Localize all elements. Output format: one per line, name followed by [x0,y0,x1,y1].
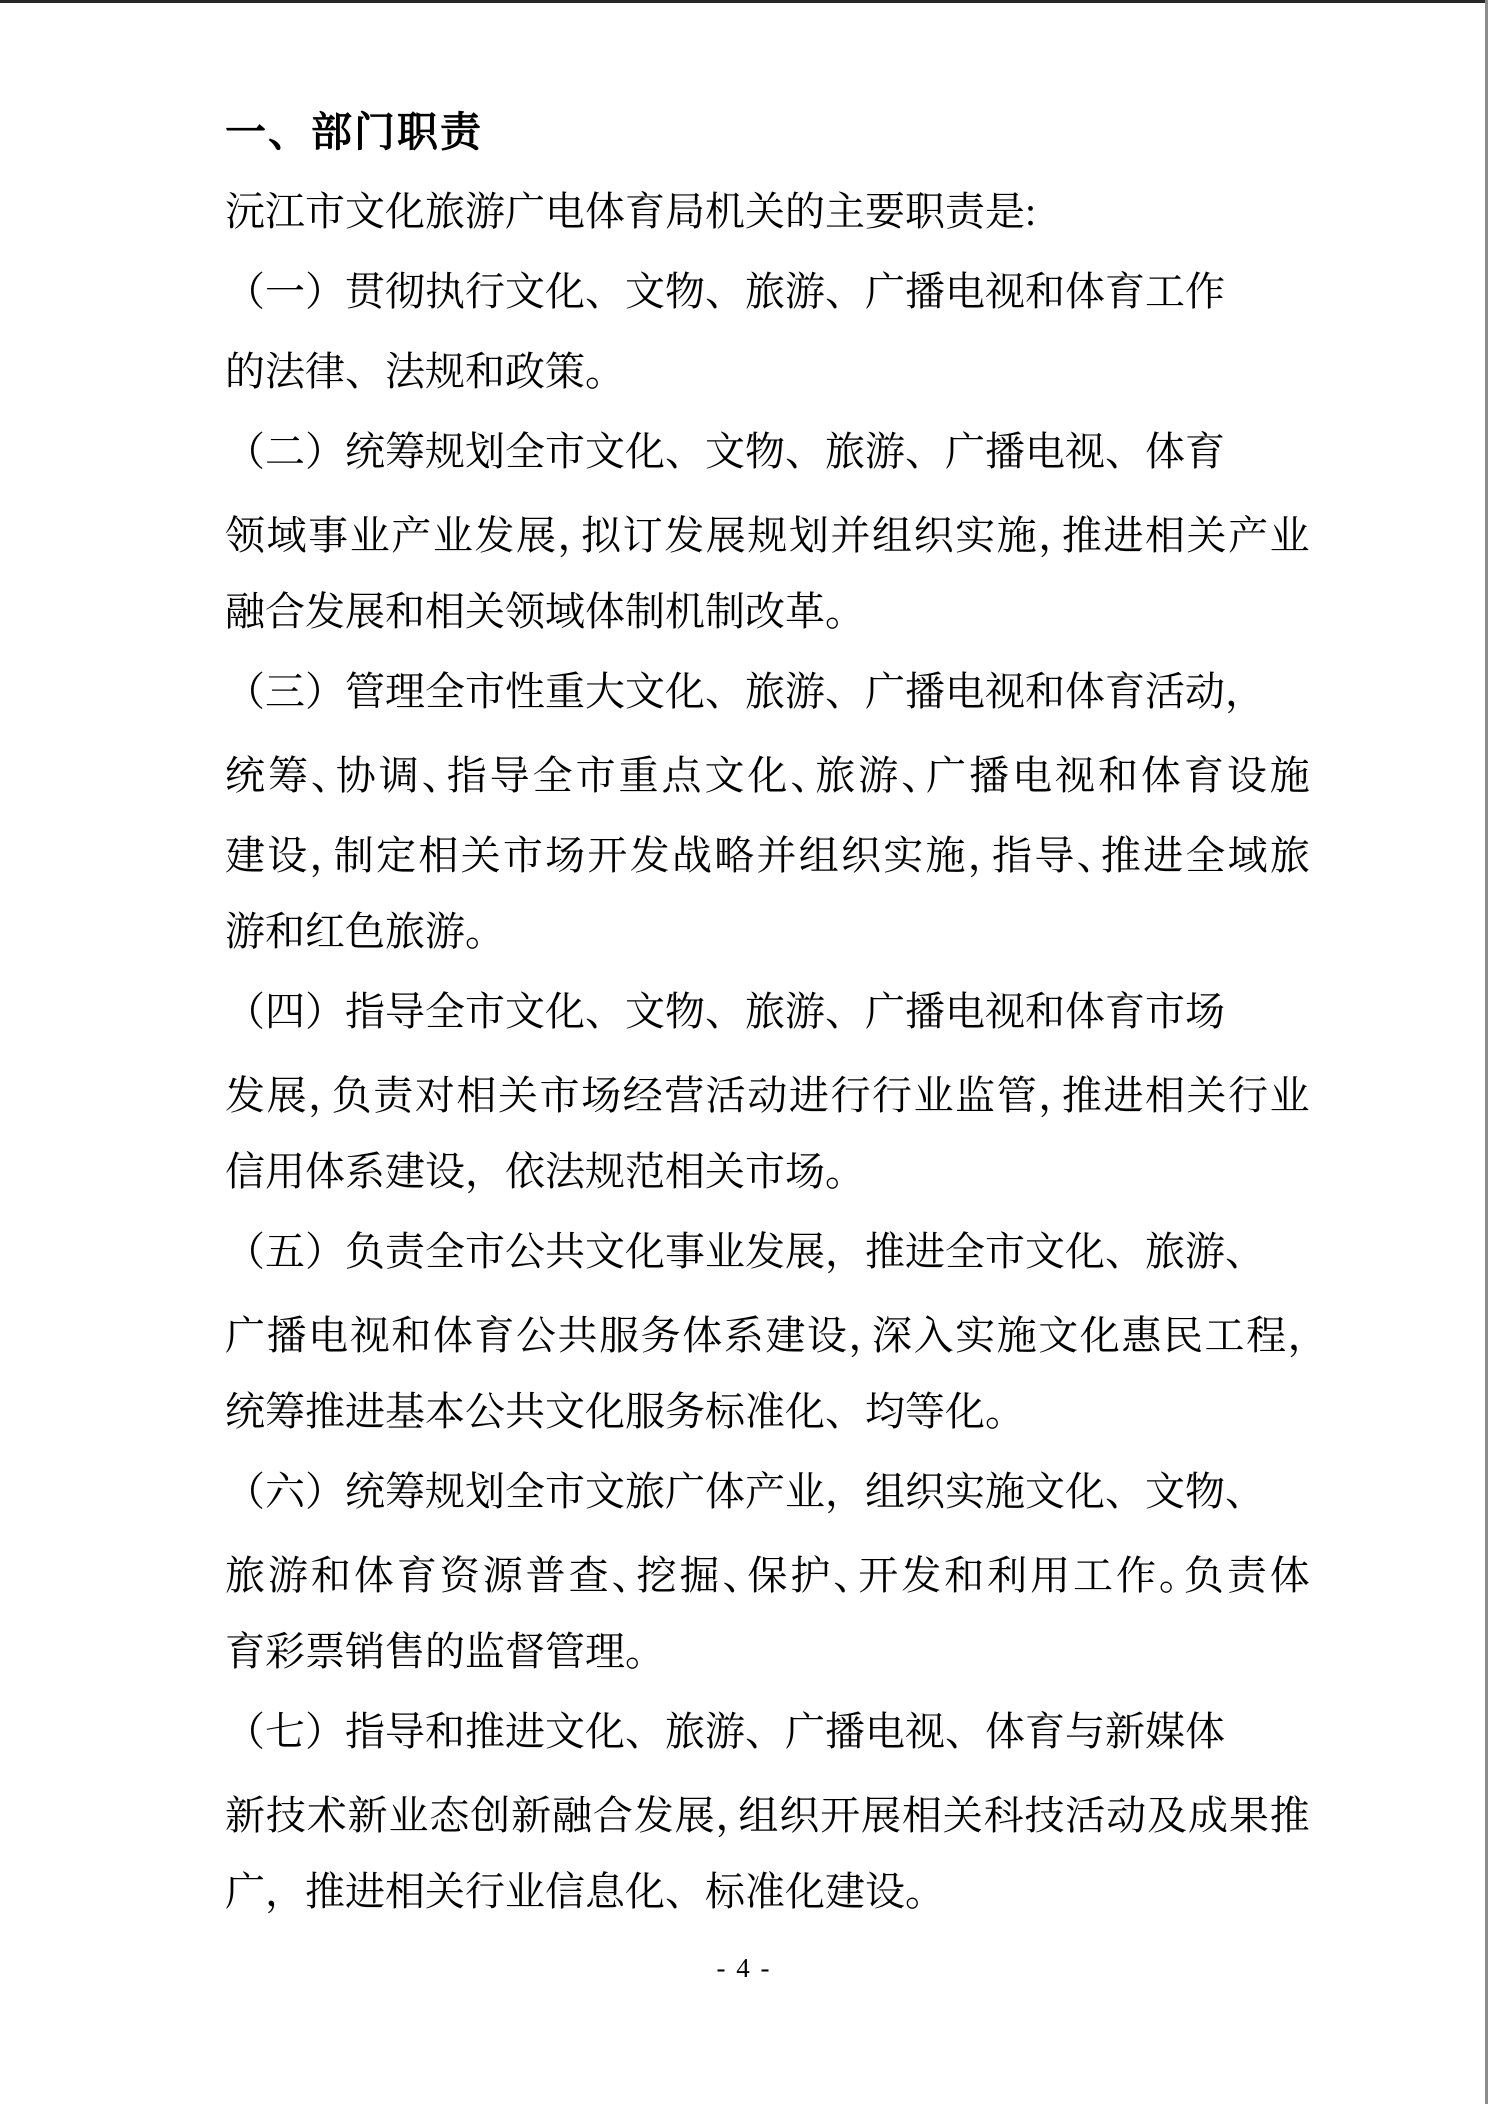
text-line: 信用体系建设，依法规范相关市场。 [225,1132,1310,1212]
text-line: 新技术新业态创新融合发展，组织开展相关科技活动及成果推 [225,1772,1310,1852]
text-line: 游和红色旅游。 [225,892,1310,972]
section-heading: 一、部门职责 [225,92,1310,172]
text-line: （三）管理全市性重大文化、旅游、广播电视和体育活动， [225,652,1310,732]
text-line: 育彩票销售的监督管理。 [225,1612,1310,1692]
text-line: （五）负责全市公共文化事业发展，推进全市文化、旅游、 [225,1212,1310,1292]
text-line: 发展，负责对相关市场经营活动进行行业监管，推进相关行业 [225,1052,1310,1132]
text-line: 的法律、法规和政策。 [225,332,1310,412]
text-line: 领域事业产业发展，拟订发展规划并组织实施，推进相关产业 [225,492,1310,572]
text-line: （七）指导和推进文化、旅游、广播电视、体育与新媒体 [225,1692,1310,1772]
text-line: 统筹、协调、指导全市重点文化、旅游、广播电视和体育设施 [225,732,1310,812]
page-number: - 4 - [0,1948,1488,1988]
text-line: 广，推进相关行业信息化、标准化建设。 [225,1852,1310,1932]
text-line: 广播电视和体育公共服务体系建设，深入实施文化惠民工程， [225,1292,1310,1372]
text-line: 沅江市文化旅游广电体育局机关的主要职责是: [225,172,1310,252]
text-line: （六）统筹规划全市文旅广体产业，组织实施文化、文物、 [225,1452,1310,1532]
document-page: { "document": { "heading": "一、部门职责", "li… [0,0,1488,2104]
text-line: 建设，制定相关市场开发战略并组织实施，指导、推进全域旅 [225,812,1310,892]
text-line: （二）统筹规划全市文化、文物、旅游、广播电视、体育 [225,412,1310,492]
document-body: 一、部门职责 沅江市文化旅游广电体育局机关的主要职责是:（一）贯彻执行文化、文物… [225,92,1310,1932]
text-line: 融合发展和相关领域体制机制改革。 [225,572,1310,652]
text-line: （一）贯彻执行文化、文物、旅游、广播电视和体育工作 [225,252,1310,332]
page-top-edge [0,0,1488,3]
text-line: 旅游和体育资源普查、挖掘、保护、开发和利用工作。负责体 [225,1532,1310,1612]
text-line: 统筹推进基本公共文化服务标准化、均等化。 [225,1372,1310,1452]
text-line: （四）指导全市文化、文物、旅游、广播电视和体育市场 [225,972,1310,1052]
